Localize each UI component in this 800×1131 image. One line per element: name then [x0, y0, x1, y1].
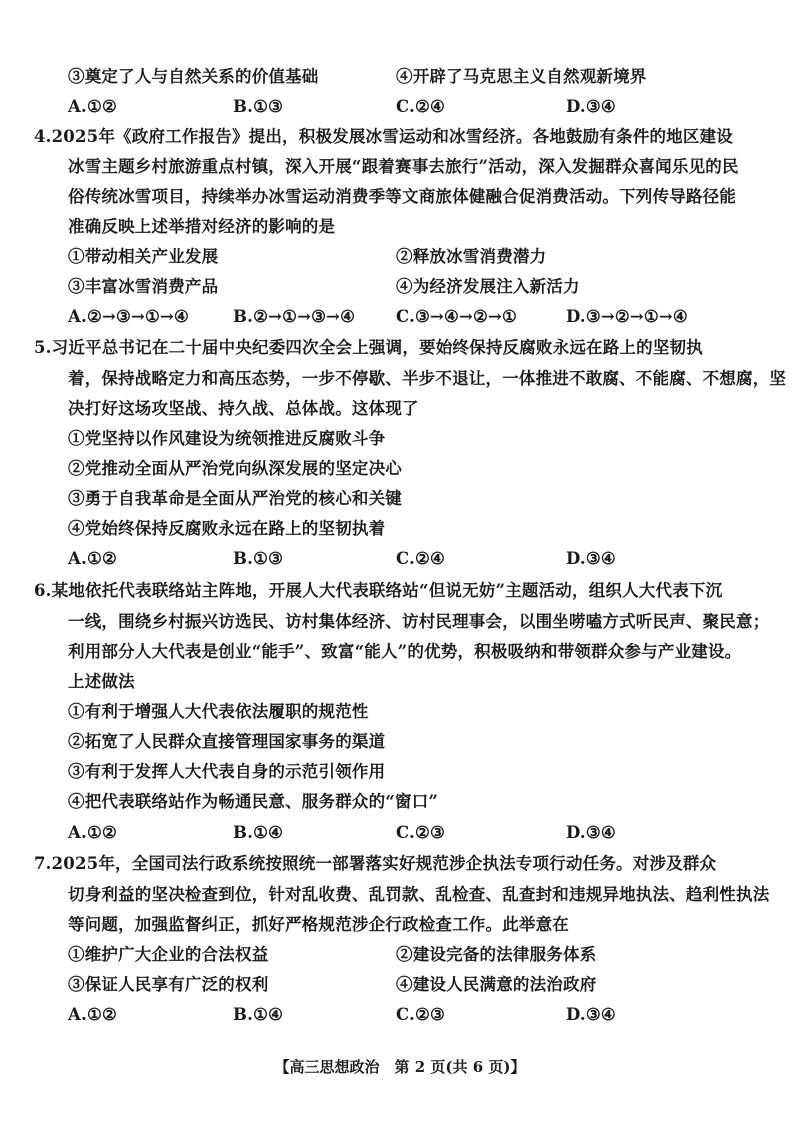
q4-stem-line: 4.2025年《政府工作报告》提出，积极发展冰雪运动和冰雪经济。各地鼓励有条件的… [34, 122, 714, 152]
q3-option-d[interactable]: D.③④ [566, 92, 616, 122]
q5-option-d[interactable]: D.③④ [566, 544, 616, 574]
q7-statement-1: ①维护广大企业的合法权益 [68, 940, 268, 970]
q6-options: A.①② B.①④ C.②③ D.③④ [68, 818, 748, 848]
q3-option-a[interactable]: A.①② [68, 92, 117, 122]
q3-option-b[interactable]: B.①③ [233, 92, 283, 122]
q5-option-a[interactable]: A.①② [68, 544, 117, 574]
q3-options: A.①② B.①③ C.②④ D.③④ [68, 92, 748, 122]
q3-statement-4: ④开辟了马克思主义自然观新境界 [396, 62, 647, 92]
q4-statement-2: ②释放冰雪消费潜力 [396, 242, 546, 272]
q6-statement-4: ④把代表联络站作为畅通民意、服务群众的“窗口” [68, 787, 748, 817]
q6-stem-line: 6.某地依托代表联络站主阵地，开展人大代表联络站“但说无妨”主题活动，组织人大代… [34, 576, 714, 606]
q4-option-b[interactable]: B.②→①→③→④ [233, 302, 355, 332]
q5-option-c[interactable]: C.②④ [396, 544, 445, 574]
q6-stem-line: 一线，围绕乡村振兴访选民、访村集体经济、访村民理事会，以围坐唠嗑方式听民声、聚民… [68, 607, 748, 637]
q4-stem-line: 俗传统冰雪项目，持续举办冰雪运动消费季等文商旅体健融合促消费活动。下列传导路径能 [68, 182, 748, 212]
q3-option-c[interactable]: C.②④ [396, 92, 445, 122]
q7-stem-line: 切身利益的坚决检查到位，针对乱收费、乱罚款、乱检查、乱查封和违规异地执法、趋利性… [68, 880, 748, 910]
q7-option-c[interactable]: C.②③ [396, 1000, 445, 1030]
q5-statement-3: ③勇于自我革命是全面从严治党的核心和关键 [68, 484, 748, 514]
q7-statement-3: ③保证人民享有广泛的权利 [68, 970, 268, 1000]
q4-statement-row: ①带动相关产业发展 ②释放冰雪消费潜力 [68, 242, 748, 272]
q6-option-a[interactable]: A.①② [68, 818, 117, 848]
q7-statement-4: ④建设人民满意的法治政府 [396, 970, 596, 1000]
q6-stem-line: 利用部分人大代表是创业“能手”、致富“能人”的优势，积极吸纳和带领群众参与产业建… [68, 637, 748, 667]
q7-option-a[interactable]: A.①② [68, 1000, 117, 1030]
q7-option-d[interactable]: D.③④ [566, 1000, 616, 1030]
q5-options: A.①② B.①③ C.②④ D.③④ [68, 544, 748, 574]
q4-stem-line: 准确反映上述举措对经济的影响的是 [68, 212, 748, 242]
q5-statement-1: ①党坚持以作风建设为统领推进反腐败斗争 [68, 424, 748, 454]
q7-statement-row: ①维护广大企业的合法权益 ②建设完备的法律服务体系 [68, 940, 748, 970]
q7-stem-line: 7.2025年，全国司法行政系统按照统一部署落实好规范涉企执法专项行动任务。对涉… [34, 849, 714, 879]
q4-statement-4: ④为经济发展注入新活力 [396, 272, 580, 302]
q5-stem-line: 决打好这场攻坚战、持久战、总体战。这体现了 [68, 394, 748, 424]
q5-statement-4: ④党始终保持反腐败永远在路上的坚韧执着 [68, 514, 748, 544]
q3-statement-3: ③奠定了人与自然关系的价值基础 [68, 62, 319, 92]
q4-option-c[interactable]: C.③→④→②→① [396, 302, 517, 332]
q4-stem-line: 冰雪主题乡村旅游重点村镇，深入开展“跟着赛事去旅行”活动，深入发掘群众喜闻乐见的… [68, 152, 748, 182]
q4-statement-3: ③丰富冰雪消费产品 [68, 272, 218, 302]
q7-stem-line: 等问题，加强监督纠正，抓好严格规范涉企行政检查工作。此举意在 [68, 910, 748, 940]
page-footer: 【高三思想政治 第 2 页(共 6 页)】 [0, 1055, 800, 1079]
q6-statement-1: ①有利于增强人大代表依法履职的规范性 [68, 697, 748, 727]
q7-statement-row: ③保证人民享有广泛的权利 ④建设人民满意的法治政府 [68, 970, 748, 1000]
q4-option-a[interactable]: A.②→③→①→④ [68, 302, 189, 332]
q5-option-b[interactable]: B.①③ [233, 544, 283, 574]
q5-stem-line: 5.习近平总书记在二十届中央纪委四次全会上强调，要始终保持反腐败永远在路上的坚韧… [34, 333, 714, 363]
q7-options: A.①② B.①④ C.②③ D.③④ [68, 1000, 748, 1030]
q3-statement-row: ③奠定了人与自然关系的价值基础 ④开辟了马克思主义自然观新境界 [68, 62, 748, 92]
q5-statement-2: ②党推动全面从严治党向纵深发展的坚定决心 [68, 454, 748, 484]
exam-page: ③奠定了人与自然关系的价值基础 ④开辟了马克思主义自然观新境界 A.①② B.①… [0, 0, 800, 1131]
q6-option-b[interactable]: B.①④ [233, 818, 283, 848]
q7-statement-2: ②建设完备的法律服务体系 [396, 940, 596, 970]
q6-statement-2: ②拓宽了人民群众直接管理国家事务的渠道 [68, 727, 748, 757]
q4-statement-row: ③丰富冰雪消费产品 ④为经济发展注入新活力 [68, 272, 748, 302]
q6-stem-line: 上述做法 [68, 667, 748, 697]
q4-options: A.②→③→①→④ B.②→①→③→④ C.③→④→②→① D.③→②→①→④ [68, 302, 748, 332]
q6-option-c[interactable]: C.②③ [396, 818, 445, 848]
q6-option-d[interactable]: D.③④ [566, 818, 616, 848]
q5-stem-line: 着，保持战略定力和高压态势，一步不停歇、半步不退让，一体推进不敢腐、不能腐、不想… [68, 364, 748, 394]
q4-option-d[interactable]: D.③→②→①→④ [566, 302, 688, 332]
q6-statement-3: ③有利于发挥人大代表自身的示范引领作用 [68, 757, 748, 787]
q4-statement-1: ①带动相关产业发展 [68, 242, 218, 272]
q7-option-b[interactable]: B.①④ [233, 1000, 283, 1030]
